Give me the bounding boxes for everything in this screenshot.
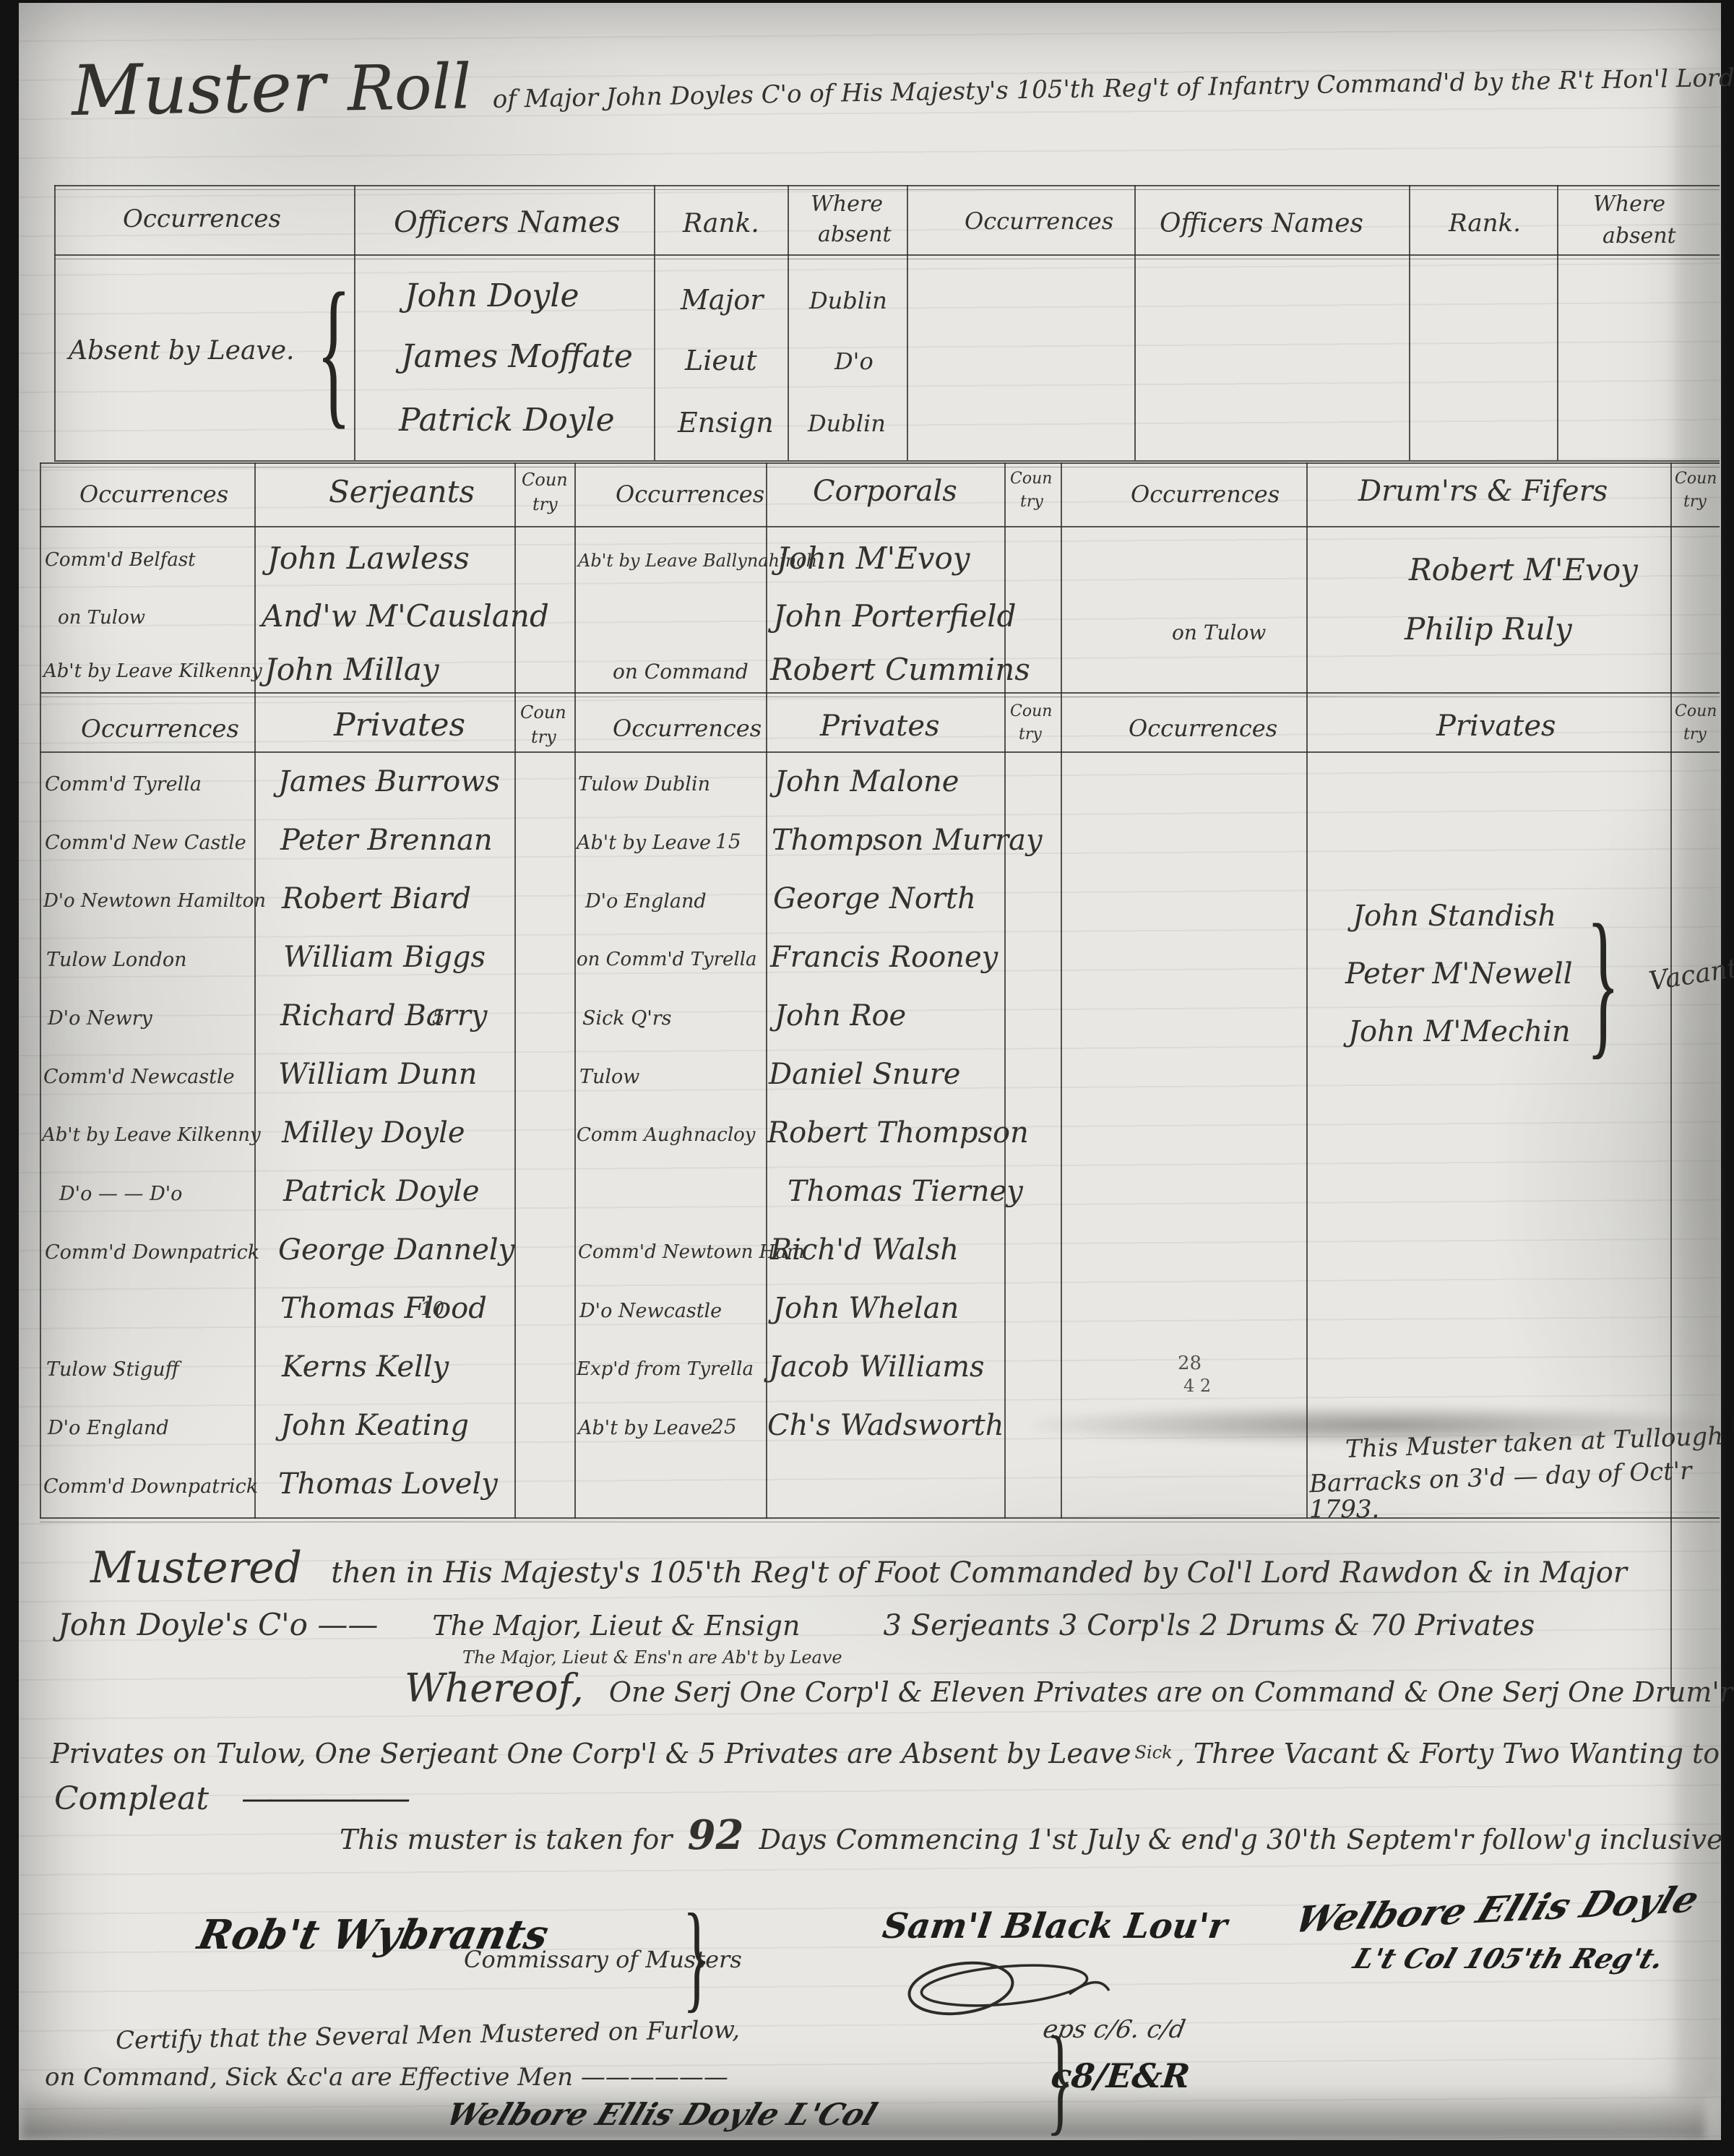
rule [54,189,1720,190]
private-name: Francis Rooney [770,943,998,972]
officers-left-header-where-2: absent [818,224,892,246]
officers-left-header-names: Officers Names [394,208,620,237]
private-name: Rich'd Walsh [770,1236,959,1264]
privates3-country-1: Coun [1675,704,1717,720]
summary-l3-rest: One Serj One Corp'l & Eleven Privates ar… [609,1676,1734,1708]
drummers-header: Drum'rs & Fifers [1358,477,1608,506]
serjeant-occurrence: Ab't by Leave Kilkenny [43,662,262,681]
corporals-country-2: try [1020,494,1043,510]
serjeant-occurrence: Comm'd Belfast [45,551,196,569]
rule [654,185,655,460]
serjeant-occurrence: on Tulow [58,608,145,627]
privates1-country-1: Coun [520,704,566,721]
private-occurrence: Ab't by Leave [578,1418,712,1438]
serjeant-name: John Lawless [267,543,470,574]
officers-brace-icon: { [316,269,351,341]
private-name: George Dannely [278,1236,514,1264]
summary-line-4: Privates on Tulow, One Serjeant One Corp… [51,1740,1720,1767]
private-name: Richard Barry [280,1001,487,1030]
private-name: William Dunn [278,1060,477,1089]
private-occurrence: Exp'd from Tyrella [577,1360,754,1379]
title-word-roll: Roll [347,51,472,125]
certification-brace-icon: } [1046,2019,1074,2077]
summary-l6-b: Days Commencing 1'st July & end'g 30'th … [759,1824,1723,1855]
serjeant-name: And'w M'Causland [262,601,549,631]
officers-right-header-rank: Rank. [1449,211,1521,236]
private-name: Daniel Snure [769,1060,960,1089]
tally-count: 15 [715,832,741,852]
rule [40,462,1720,464]
summary-line-1: Mustered then in His Majesty's 105'th Re… [90,1546,1627,1590]
summary-l4-b: , Three Vacant & Forty Two Wanting to [1176,1738,1720,1769]
private-name: James Burrows [278,767,500,796]
summary-l6-a: This muster is taken for [340,1824,672,1855]
serjeants-header: Serjeants [329,477,475,507]
summary-l5-flourish: —————— [241,1780,406,1817]
rule [1409,185,1410,460]
officer-where: Dublin [809,289,887,312]
serjeant-name: John Millay [264,655,439,685]
private-name: Jacob Williams [769,1353,985,1381]
rule [40,697,1720,697]
officers-right-header-occurrences: Occurrences [965,210,1113,233]
private-occurrence: Tulow London [46,950,186,970]
private-occurrence: D'o Newry [48,1009,152,1028]
rule [40,1517,1720,1519]
officers-right-header-names: Officers Names [1160,211,1363,237]
rule [574,462,576,1519]
corporals-country-1: Coun [1010,471,1052,487]
scan-edge-left [0,0,19,2156]
private-occurrence: Ab't by Leave [577,833,711,853]
brace-right-glyph: } [1046,2019,1074,2141]
rule [766,462,767,1519]
rule [1557,185,1558,460]
officers-left-header-where-1: Where [811,194,883,215]
corporal-name: John M'Evoy [777,543,970,574]
rule [40,1522,1720,1522]
officers-left-header-occurrences: Occurrences [123,207,281,231]
privates2-country-2: try [1019,727,1042,743]
privates3-header: Privates [1436,712,1556,741]
drummers-country-2: try [1683,494,1707,510]
rule [40,751,1720,753]
drummers-country-1: Coun [1675,471,1717,487]
private-occurrence: D'o England [585,892,707,911]
rule [1306,462,1308,1519]
private-occurrence: Tulow [579,1067,639,1087]
rule [54,185,56,460]
private-occurrence: Sick Q'rs [582,1009,672,1028]
private-name: John Malone [775,767,959,796]
officer-where: D'o [834,350,874,373]
private-name: Patrick Doyle [283,1177,480,1206]
private-name: George North [773,884,976,913]
summary-line-5: Compleat —————— [54,1783,406,1815]
muster-roll-scan: Muster Roll of Major John Doyles C'o of … [0,0,1734,2156]
rule [788,185,789,460]
private-name: John Whelan [773,1294,959,1323]
officers-right-header-where-1: Where [1593,194,1665,215]
summary-line-6: This muster is taken for 92 Days Commenc… [340,1815,1723,1855]
private-name: Thompson Murray [772,826,1043,855]
officers-right-header-where-2: absent [1603,225,1676,247]
corporal-occurrence: on Command [613,662,749,682]
private-occurrence: Tulow Dublin [578,775,710,794]
serjeants-header-occurrences: Occurrences [79,483,228,506]
private-name: Thomas Lovely [278,1470,498,1499]
brace-right-glyph: } [683,1897,710,2018]
officer-rank: Major [681,286,763,314]
rule [40,692,1720,694]
private-name: Milley Doyle [282,1118,465,1147]
brace-left-glyph: { [316,269,351,435]
rule [907,185,908,460]
corporals-header-occurrences: Occurrences [616,483,764,506]
private-occurrence: Ab't by Leave Kilkenny [42,1126,261,1144]
title-word-muster: Muster [71,46,326,131]
scan-edge-right [1721,0,1734,2156]
summary-l4-sick-superscript: Sick [1135,1743,1173,1763]
private-name: Thomas Flood [280,1294,487,1323]
rule [40,526,1720,527]
private-occurrence: D'o Newtown Hamilton [43,892,266,910]
vacant-brace-icon: } [1587,900,1620,969]
drummer-occurrence: on Tulow [1172,623,1266,643]
private-name: John Keating [280,1411,469,1440]
summary-l1-rest: then in His Majesty's 105'th Reg't of Fo… [331,1556,1627,1590]
summary-l4-a: Privates on Tulow, One Serjeant One Corp… [51,1738,1131,1769]
certification-line-2: on Command, Sick &c'a are Effective Men … [45,2065,728,2090]
officer-rank: Ensign [678,409,774,436]
summary-l3-big: Whereof, [405,1665,584,1711]
summary-line-2: John Doyle's C'o —— The Major, Lieut & E… [58,1610,1535,1640]
rule [1061,462,1062,1519]
private-occurrence: Comm Aughnacloy [577,1126,756,1144]
private-occurrence: Comm'd New Castle [45,833,246,853]
drummers-header-occurrences: Occurrences [1131,483,1280,506]
rule [1134,185,1136,460]
certification-signature: Welbore Ellis Doyle L'Col [442,2100,881,2130]
drummer-name: Robert M'Evoy [1409,555,1638,585]
clerk-signature: Sam'l Black Lou'r [881,1909,1230,1944]
vacant-name: John Standish [1353,902,1556,931]
serjeants-country-2: try [532,496,558,513]
rule [254,462,256,1519]
privates2-country-1: Coun [1010,704,1052,720]
private-occurrence: Comm'd Tyrella [45,775,202,794]
officer-name: James Moffate [401,341,633,373]
privates3-header-occurrences: Occurrences [1129,717,1277,740]
private-occurrence: D'o England [48,1418,169,1438]
officer-where: Dublin [808,412,886,435]
summary-l6-days-number: 92 [688,1811,744,1859]
summary-l2-superscript: The Major, Lieut & Ens'n are Ab't by Lea… [462,1649,842,1666]
private-name: Peter Brennan [280,826,493,855]
rule [354,185,355,460]
private-occurrence: Tulow Stiguff [46,1360,179,1379]
drummer-name: Philip Ruly [1405,614,1572,644]
officers-left-header-rank: Rank. [683,211,759,237]
privates1-header: Privates [334,710,465,741]
commissary-brace-icon: } [683,1897,710,1954]
private-name: Robert Thompson [767,1118,1029,1147]
scan-edge-bottom [0,2140,1734,2156]
private-name: Kerns Kelly [282,1353,449,1381]
officer-rank: Lieut [685,347,757,374]
private-occurrence: Comm'd Newcastle [43,1067,235,1087]
officer-name: Patrick Doyle [399,405,615,436]
officer-name: John Doyle [405,280,579,312]
summary-l2-a: John Doyle's C'o —— [58,1607,378,1642]
serjeants-country-1: Coun [522,471,568,488]
colonel-title: L't Col 105'th Reg't. [1350,1945,1668,1972]
summary-line-3: Whereof, One Serj One Corp'l & Eleven Pr… [405,1669,1734,1708]
private-occurrence: on Comm'd Tyrella [577,950,757,969]
officers-occurrence: Absent by Leave. [69,338,295,364]
summary-l5-word: Compleat [54,1780,209,1817]
muster-note-line: 1793. [1309,1497,1379,1522]
summary-l2-c: 3 Serjeants 3 Corp'ls 2 Drums & 70 Priva… [884,1609,1535,1642]
rule [54,259,1720,259]
rule [54,254,1720,256]
rule [54,185,1720,186]
privates2-header-occurrences: Occurrences [613,717,762,740]
private-occurrence: D'o — — D'o [59,1184,182,1204]
summary-l1-big: Mustered [90,1543,302,1593]
rule [40,467,1720,467]
corporals-header: Corporals [813,477,957,506]
private-name: William Biggs [283,943,486,972]
privates2-header: Privates [820,712,940,741]
privates3-country-2: try [1683,727,1707,743]
private-name: John Roe [775,1001,906,1030]
private-occurrence: Comm'd Downpatrick [45,1243,259,1262]
brace-right-glyph: } [1587,900,1620,1065]
private-occurrence: D'o Newcastle [579,1301,722,1321]
pencil-tally: 4 2 [1183,1377,1211,1394]
corporal-name: Robert Cummins [770,655,1030,685]
pencil-tally: 28 [1178,1354,1202,1373]
private-name: Ch's Wadsworth [767,1411,1004,1440]
private-occurrence: Comm'd Downpatrick [43,1477,258,1496]
corporal-name: John Porterfield [773,601,1017,631]
rule [1670,462,1672,1699]
private-name: Robert Biard [282,884,471,913]
privates1-country-2: try [531,728,556,746]
vacant-name: John M'Mechin [1348,1017,1571,1046]
summary-l2-b: The Major, Lieut & Ensign [432,1610,800,1642]
signature-flourish [896,1951,1113,2023]
rule [54,460,1720,462]
private-name: Thomas Tierney [788,1177,1023,1206]
privates1-header-occurrences: Occurrences [81,717,239,741]
rule [40,462,41,1519]
vacant-name: Peter M'Newell [1345,960,1573,988]
tally-count: 25 [711,1417,737,1437]
